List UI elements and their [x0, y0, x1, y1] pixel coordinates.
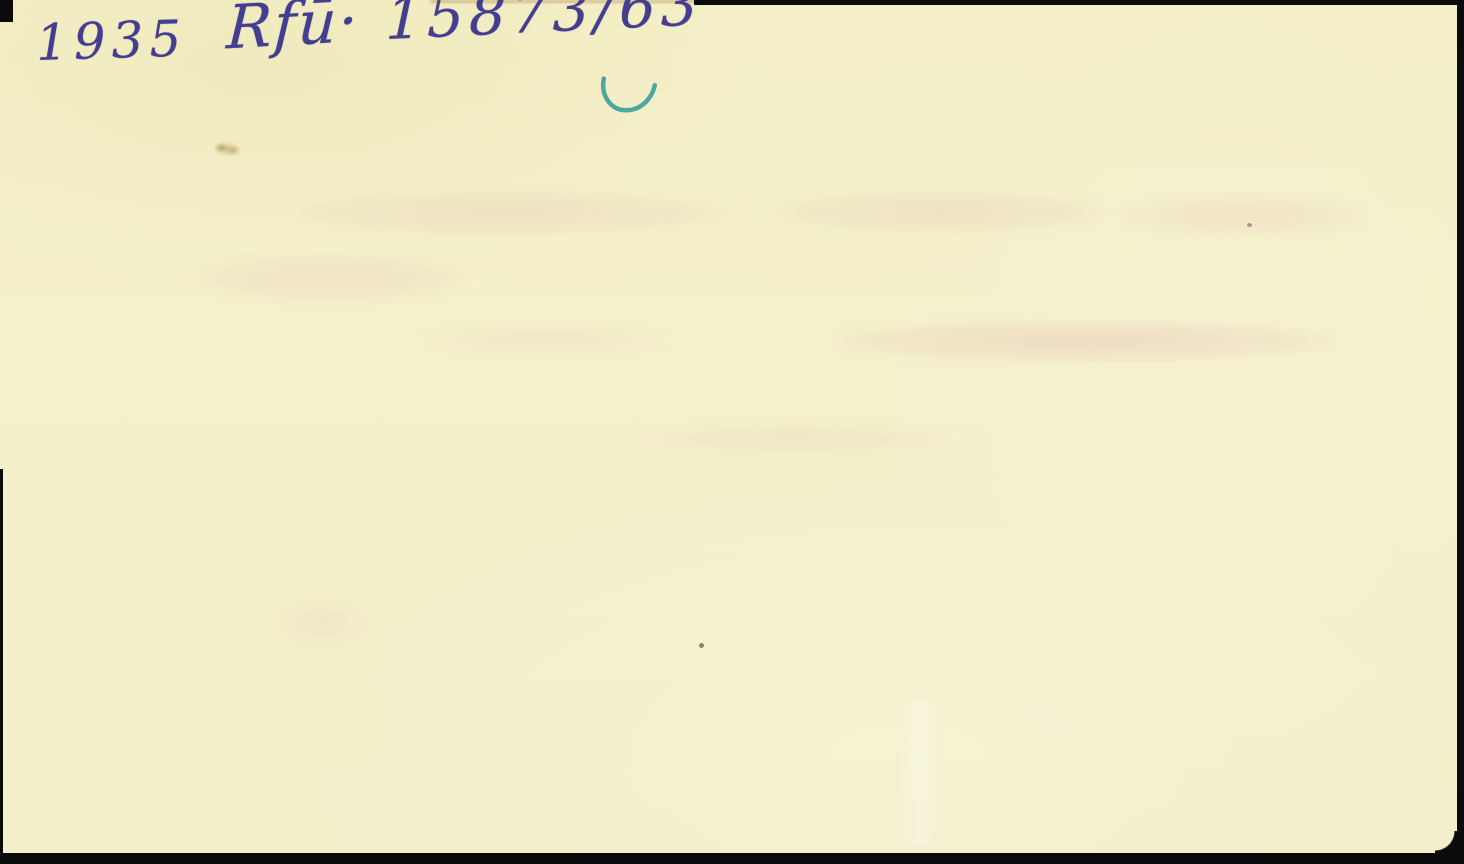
check-mark-icon: [593, 69, 664, 128]
scan-edge-left: [0, 469, 3, 864]
annotation-year: 1935: [35, 9, 188, 71]
card-rounded-corner: [1435, 831, 1457, 853]
scan-edge-right: [1457, 0, 1464, 864]
scan-edge-bottom: [0, 853, 1464, 864]
annotation-ref: Rfū·: [225, 0, 361, 63]
paper-speck: [1247, 223, 1252, 227]
scan-corner-notch: [0, 0, 13, 22]
paper-crease-band: [895, 700, 943, 845]
paper-speck: [699, 643, 704, 648]
stain-spot: [208, 136, 246, 162]
scanned-index-card: 1935 Rfū· 15873/63: [0, 0, 1464, 864]
card-paper: [0, 0, 1464, 864]
scan-edge-top: [694, 0, 1464, 5]
